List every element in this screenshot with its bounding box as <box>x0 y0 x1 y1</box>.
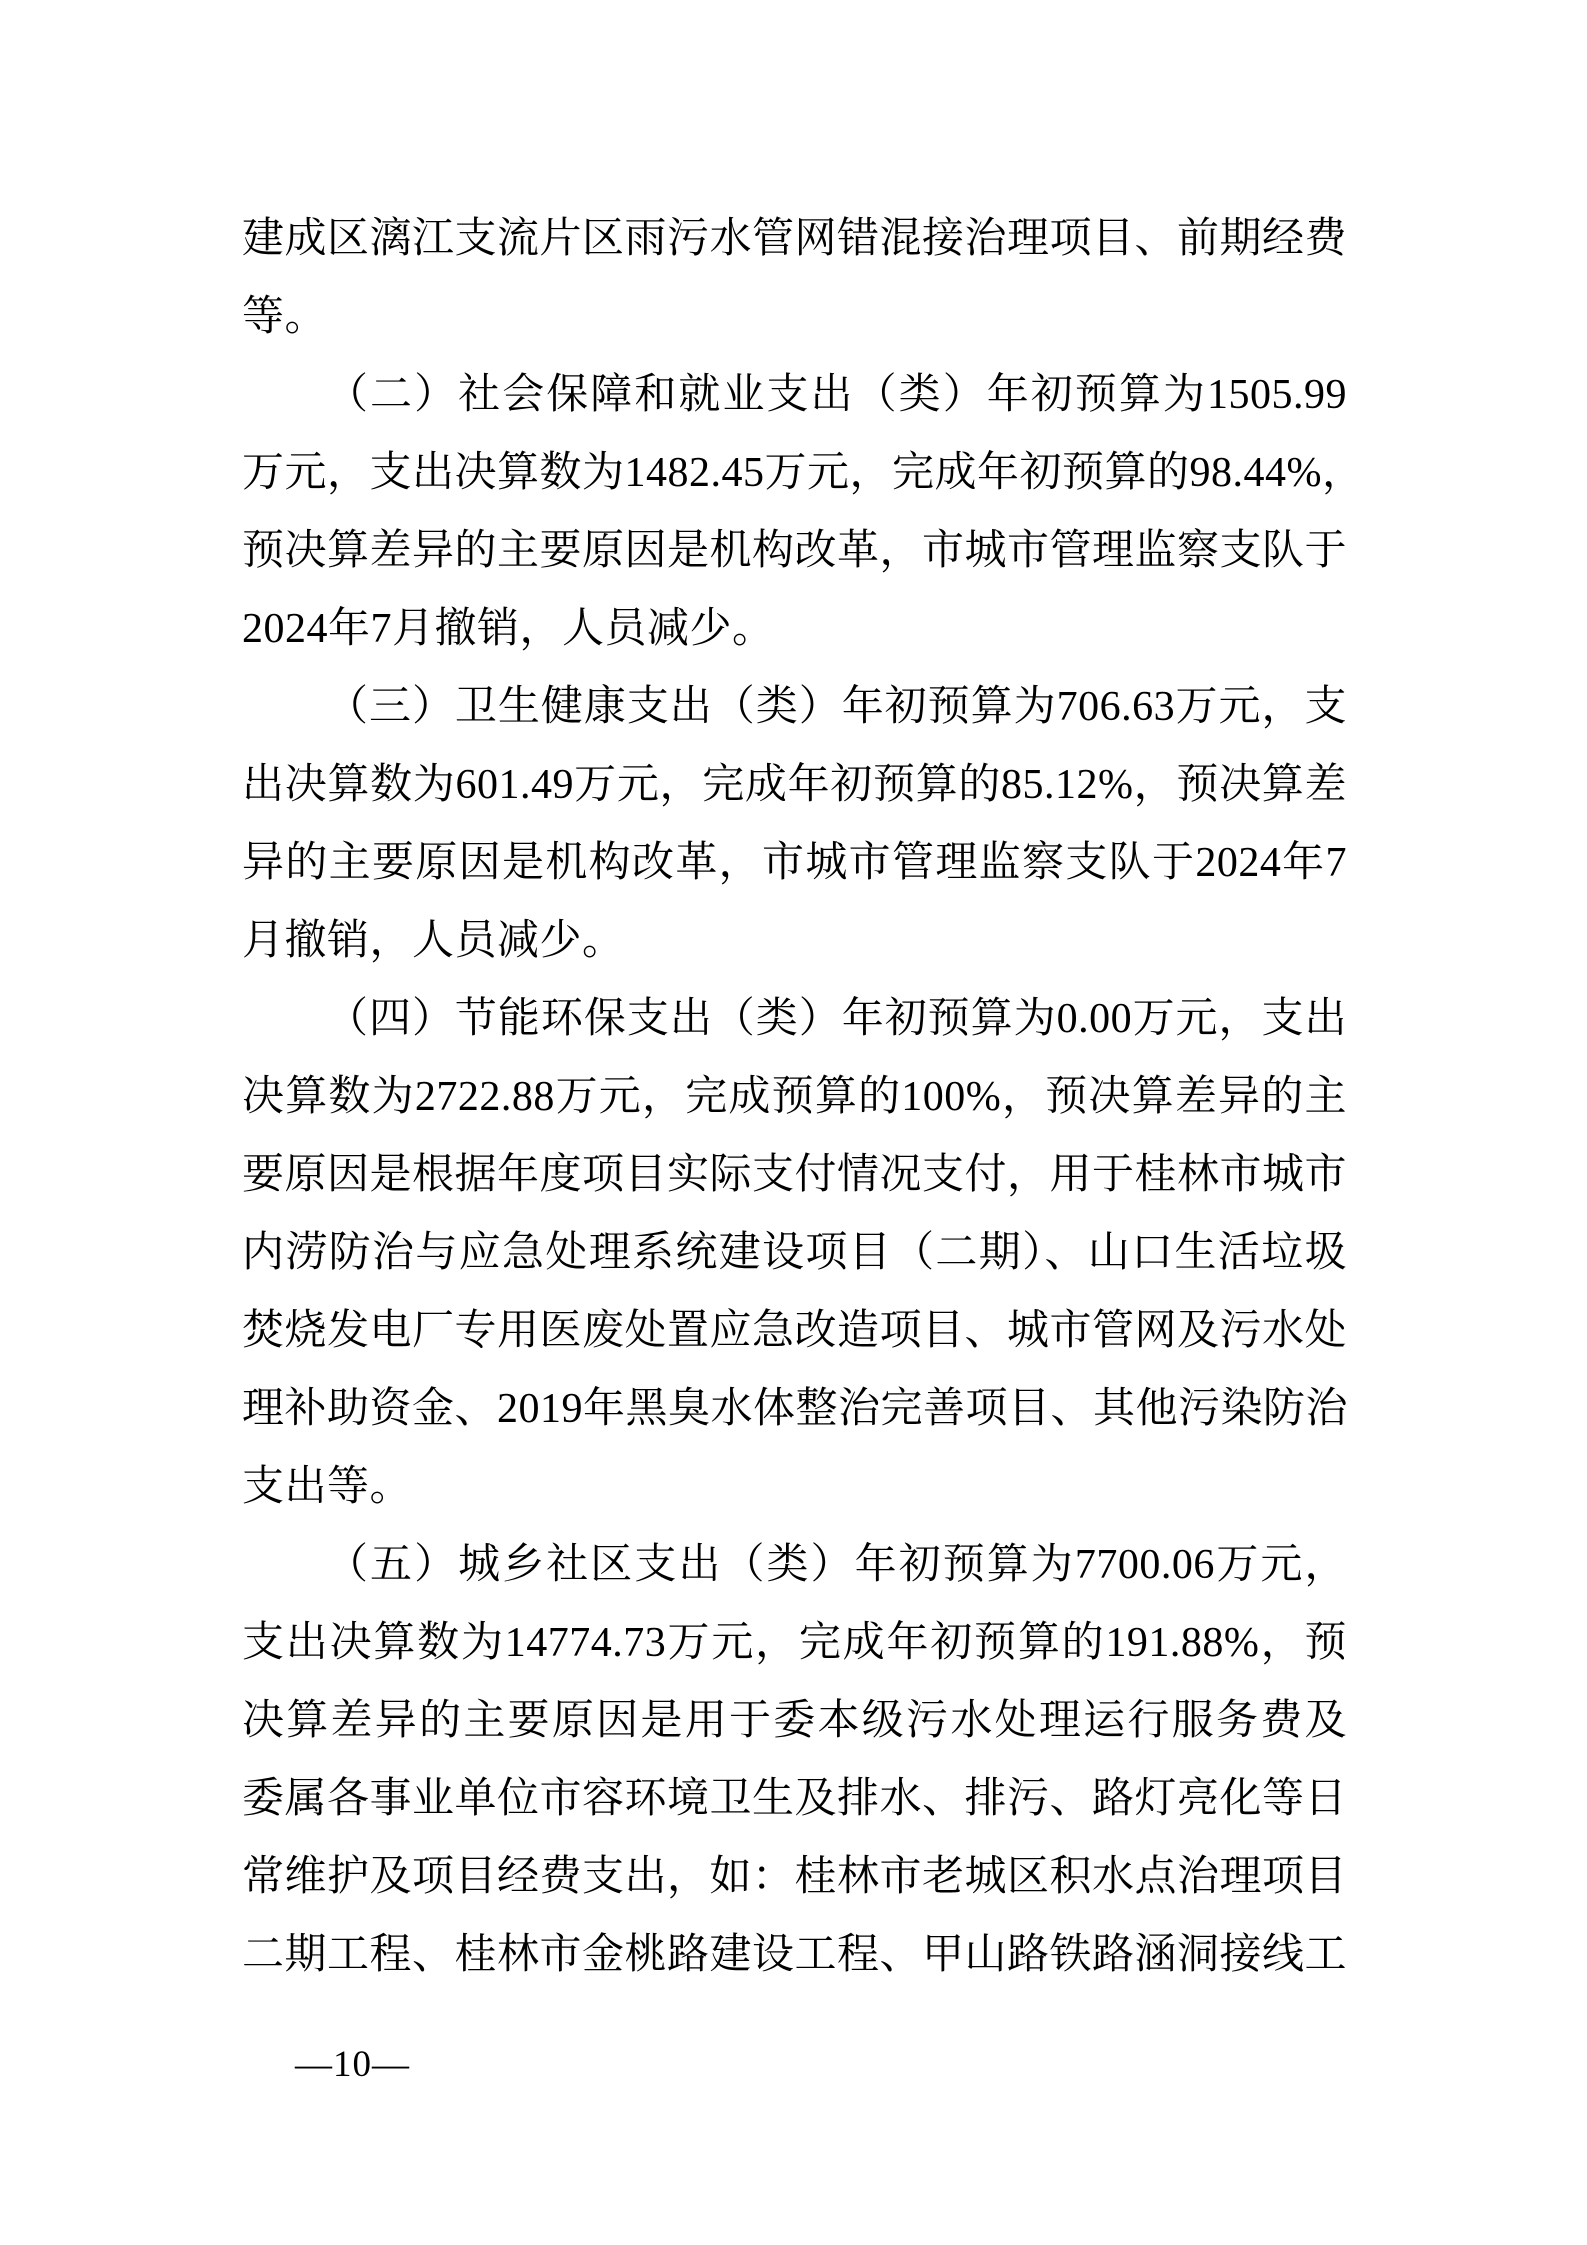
text-line: 二期工程、桂林市金桃路建设工程、甲山路铁路涵洞接线工 <box>242 1916 1347 1994</box>
text-line: 月撤销，人员减少。 <box>242 902 1347 980</box>
text-line: 理补助资金、2019年黑臭水体整治完善项目、其他污染防治 <box>242 1370 1347 1448</box>
paragraph: （二）社会保障和就业支出（类）年初预算为1505.99万元，支出决算数为1482… <box>242 356 1347 668</box>
text-line: 常维护及项目经费支出，如：桂林市老城区积水点治理项目 <box>242 1838 1347 1916</box>
paragraph: （三）卫生健康支出（类）年初预算为706.63万元，支出决算数为601.49万元… <box>242 668 1347 980</box>
text-line: 焚烧发电厂专用医废处置应急改造项目、城市管网及污水处 <box>242 1292 1347 1370</box>
text-line: 决算数为2722.88万元，完成预算的100%，预决算差异的主 <box>242 1058 1347 1136</box>
text-line: 异的主要原因是机构改革，市城市管理监察支队于2024年7 <box>242 824 1347 902</box>
page-number: —10— <box>295 2044 410 2085</box>
text-line: 建成区漓江支流片区雨污水管网错混接治理项目、前期经费 <box>242 200 1347 278</box>
text-line: 支出等。 <box>242 1448 1347 1526</box>
text-line: （五）城乡社区支出（类）年初预算为7700.06万元， <box>242 1526 1347 1604</box>
text-line: 决算差异的主要原因是用于委本级污水处理运行服务费及 <box>242 1682 1347 1760</box>
paragraph: （五）城乡社区支出（类）年初预算为7700.06万元，支出决算数为14774.7… <box>242 1526 1347 1994</box>
paragraph: 建成区漓江支流片区雨污水管网错混接治理项目、前期经费等。 <box>242 200 1347 356</box>
text-line: 等。 <box>242 278 1347 356</box>
document-page: 建成区漓江支流片区雨污水管网错混接治理项目、前期经费等。（二）社会保障和就业支出… <box>0 0 1587 2245</box>
text-line: 支出决算数为14774.73万元，完成年初预算的191.88%，预 <box>242 1604 1347 1682</box>
text-line: 万元，支出决算数为1482.45万元，完成年初预算的98.44%， <box>242 434 1347 512</box>
text-line: （四）节能环保支出（类）年初预算为0.00万元，支出 <box>242 980 1347 1058</box>
page-footer: —10— <box>295 2043 410 2087</box>
document-body: 建成区漓江支流片区雨污水管网错混接治理项目、前期经费等。（二）社会保障和就业支出… <box>242 200 1347 1994</box>
text-line: 2024年7月撤销，人员减少。 <box>242 590 1347 668</box>
paragraph: （四）节能环保支出（类）年初预算为0.00万元，支出决算数为2722.88万元，… <box>242 980 1347 1526</box>
text-line: 要原因是根据年度项目实际支付情况支付，用于桂林市城市 <box>242 1136 1347 1214</box>
text-line: 委属各事业单位市容环境卫生及排水、排污、路灯亮化等日 <box>242 1760 1347 1838</box>
text-line: 出决算数为601.49万元，完成年初预算的85.12%，预决算差 <box>242 746 1347 824</box>
text-line: （二）社会保障和就业支出（类）年初预算为1505.99 <box>242 356 1347 434</box>
text-line: 内涝防治与应急处理系统建设项目（二期）、山口生活垃圾 <box>242 1214 1347 1292</box>
text-line: （三）卫生健康支出（类）年初预算为706.63万元，支 <box>242 668 1347 746</box>
text-line: 预决算差异的主要原因是机构改革，市城市管理监察支队于 <box>242 512 1347 590</box>
